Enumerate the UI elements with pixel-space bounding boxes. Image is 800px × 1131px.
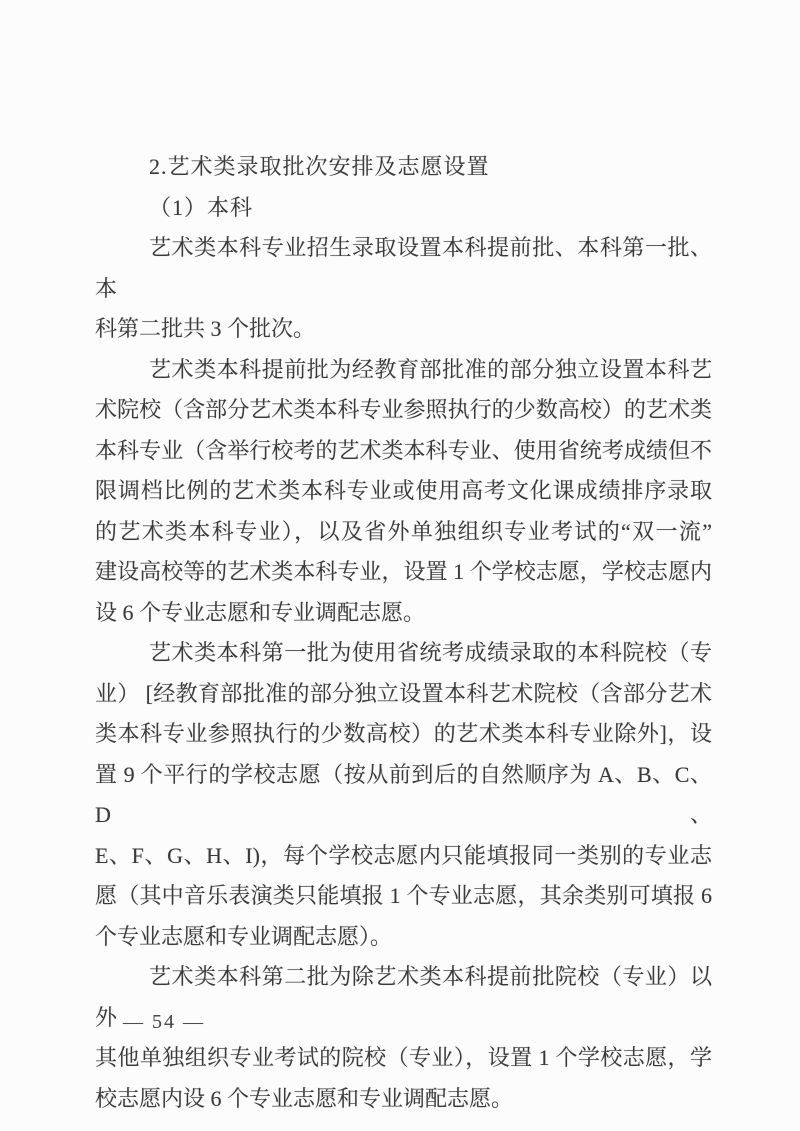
page-number: — 54 —	[123, 1008, 205, 1036]
text-line: 的艺术类本科专业），以及省外单独组织专业考试的“双一流”	[95, 512, 712, 553]
text-line: 本科专业（含举行校考的艺术类本科专业、使用省统考成绩但不	[95, 431, 712, 472]
text-line: （1）本科	[95, 188, 712, 229]
text-line: 建设高校等的艺术类本科专业，设置 1 个学校志愿，学校志愿内	[95, 552, 712, 593]
document-content: 2.艺术类录取批次安排及志愿设置（1）本科艺术类本科专业招生录取设置本科提前批、…	[95, 147, 712, 1119]
text-line: 个专业志愿和专业调配志愿）。	[95, 917, 712, 958]
document-page: 2.艺术类录取批次安排及志愿设置（1）本科艺术类本科专业招生录取设置本科提前批、…	[0, 0, 800, 1131]
text-line: 科第二批共 3 个批次。	[95, 309, 712, 350]
text-line: E、F、G、H、I)，每个学校志愿内只能填报同一类别的专业志	[95, 836, 712, 877]
text-line: 限调档比例的艺术类本科专业或使用高考文化课成绩排序录取	[95, 471, 712, 512]
paragraph-body-4: 艺术类本科第一批为使用省统考成绩录取的本科院校（专业） [经教育部批准的部分独立…	[95, 633, 712, 957]
text-line: 其他单独组织专业考试的院校（专业），设置 1 个学校志愿，学	[95, 1038, 712, 1079]
text-line: 艺术类本科专业招生录取设置本科提前批、本科第一批、本	[95, 228, 712, 309]
paragraph-subheading: （1）本科	[95, 188, 712, 229]
paragraph-body-3: 艺术类本科提前批为经教育部批准的部分独立设置本科艺术院校（含部分艺术类本科专业参…	[95, 350, 712, 634]
text-line: 校志愿内设 6 个专业志愿和专业调配志愿。	[95, 1079, 712, 1120]
text-line: 艺术类本科提前批为经教育部批准的部分独立设置本科艺	[95, 350, 712, 391]
text-line: 2.艺术类录取批次安排及志愿设置	[95, 147, 712, 188]
paragraph-body-2: 艺术类本科专业招生录取设置本科提前批、本科第一批、本科第二批共 3 个批次。	[95, 228, 712, 350]
text-line: 类本科专业参照执行的少数高校）的艺术类本科专业除外]，设	[95, 714, 712, 755]
paragraph-heading: 2.艺术类录取批次安排及志愿设置	[95, 147, 712, 188]
paragraph-body-5: 艺术类本科第二批为除艺术类本科提前批院校（专业）以外其他单独组织专业考试的院校（…	[95, 957, 712, 1119]
text-line: 设 6 个专业志愿和专业调配志愿。	[95, 593, 712, 634]
text-line: 艺术类本科第一批为使用省统考成绩录取的本科院校（专	[95, 633, 712, 674]
text-line: 术院校（含部分艺术类本科专业参照执行的少数高校）的艺术类	[95, 390, 712, 431]
text-line: 置 9 个平行的学校志愿（按从前到后的自然顺序为 A、B、C、D、	[95, 755, 712, 836]
text-line: 业） [经教育部批准的部分独立设置本科艺术院校（含部分艺术	[95, 674, 712, 715]
text-line: 愿（其中音乐表演类只能填报 1 个专业志愿，其余类别可填报 6	[95, 876, 712, 917]
